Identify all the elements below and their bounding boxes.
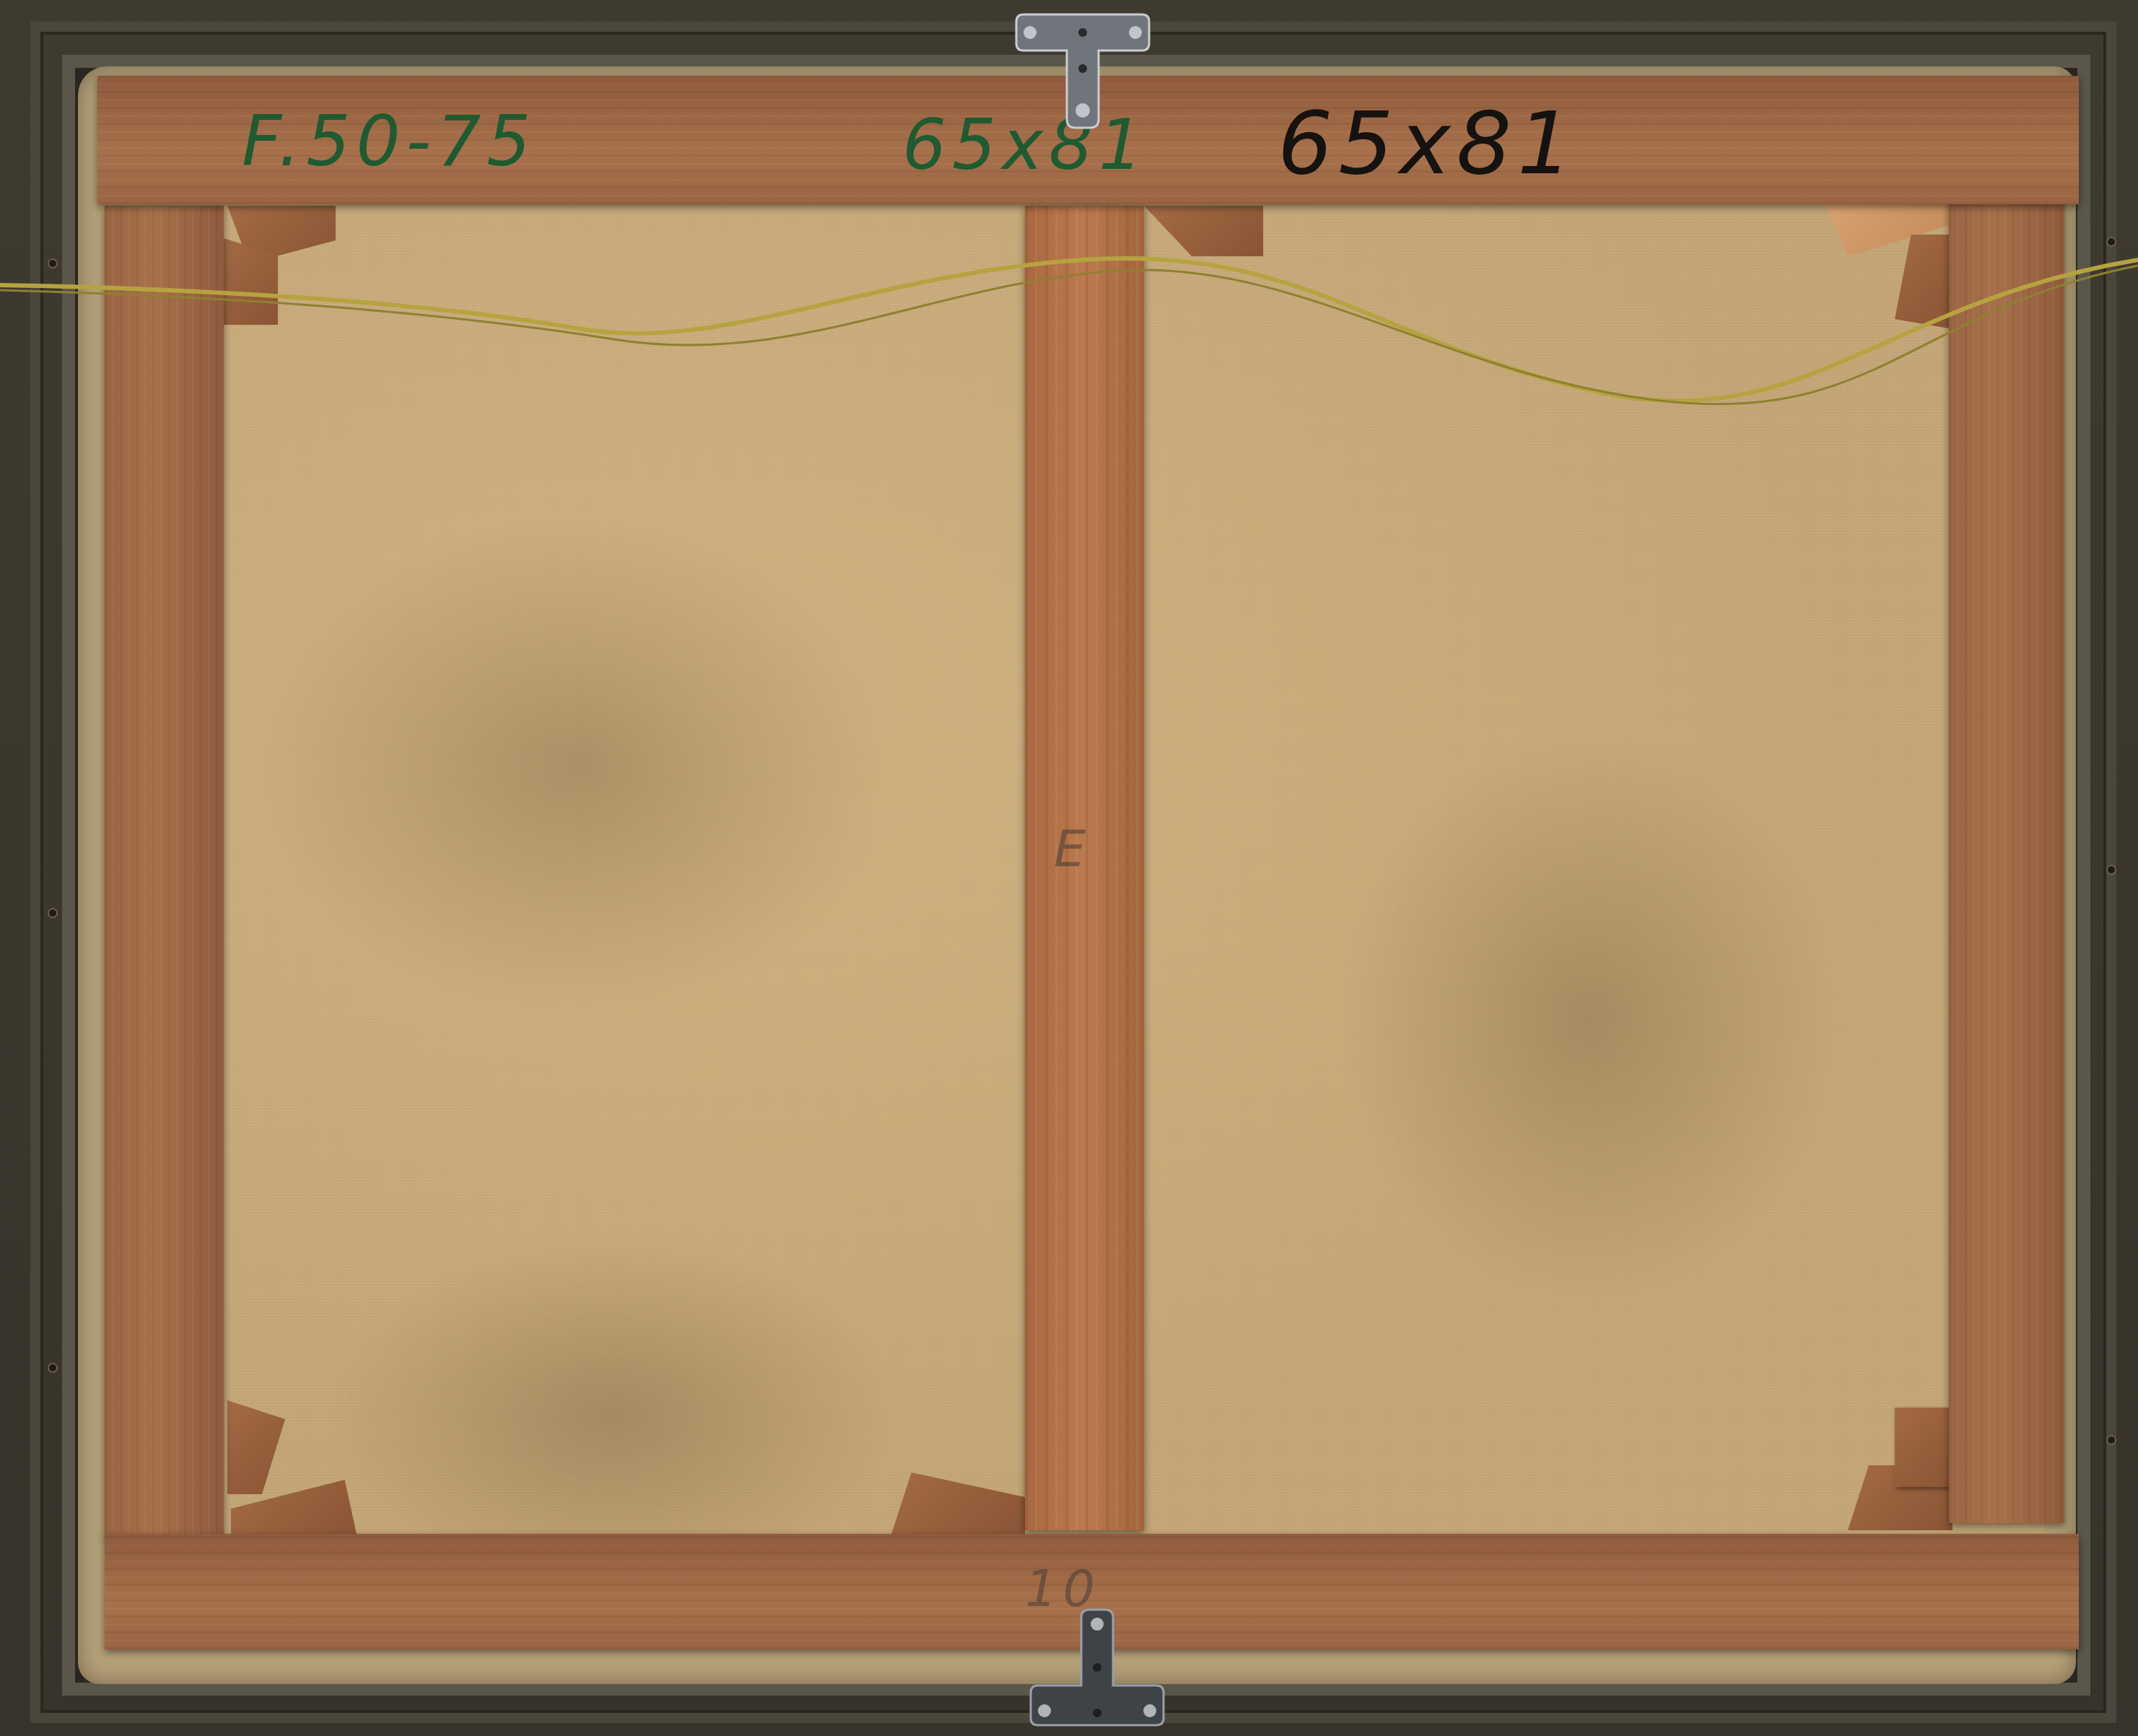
canvas-stain: [253, 512, 902, 1018]
top-t-bracket-icon: [1011, 11, 1155, 134]
frame-nail: [2108, 1436, 2115, 1444]
frame-nail: [2108, 238, 2115, 245]
canvas-stain: [1335, 729, 1841, 1307]
painting-back-photo: E F.50-75 65x81 65x81 10: [0, 0, 2138, 1736]
pencil-mark-center: E: [1054, 819, 1091, 878]
left-stretcher-bar: [105, 206, 224, 1537]
format-code-inscription: F.50-75: [242, 101, 536, 182]
right-stretcher-bar: [1949, 199, 2064, 1523]
frame-nail: [49, 260, 56, 267]
center-crossbar: E: [1025, 206, 1144, 1530]
frame-nail: [49, 1364, 56, 1371]
frame-nail: [2108, 866, 2115, 873]
frame-nail: [49, 910, 56, 917]
size-inscription-black: 65x81: [1278, 94, 1578, 194]
corner-key-bottom-right: [1895, 1408, 1952, 1487]
bottom-t-bracket-icon: [1025, 1606, 1169, 1732]
